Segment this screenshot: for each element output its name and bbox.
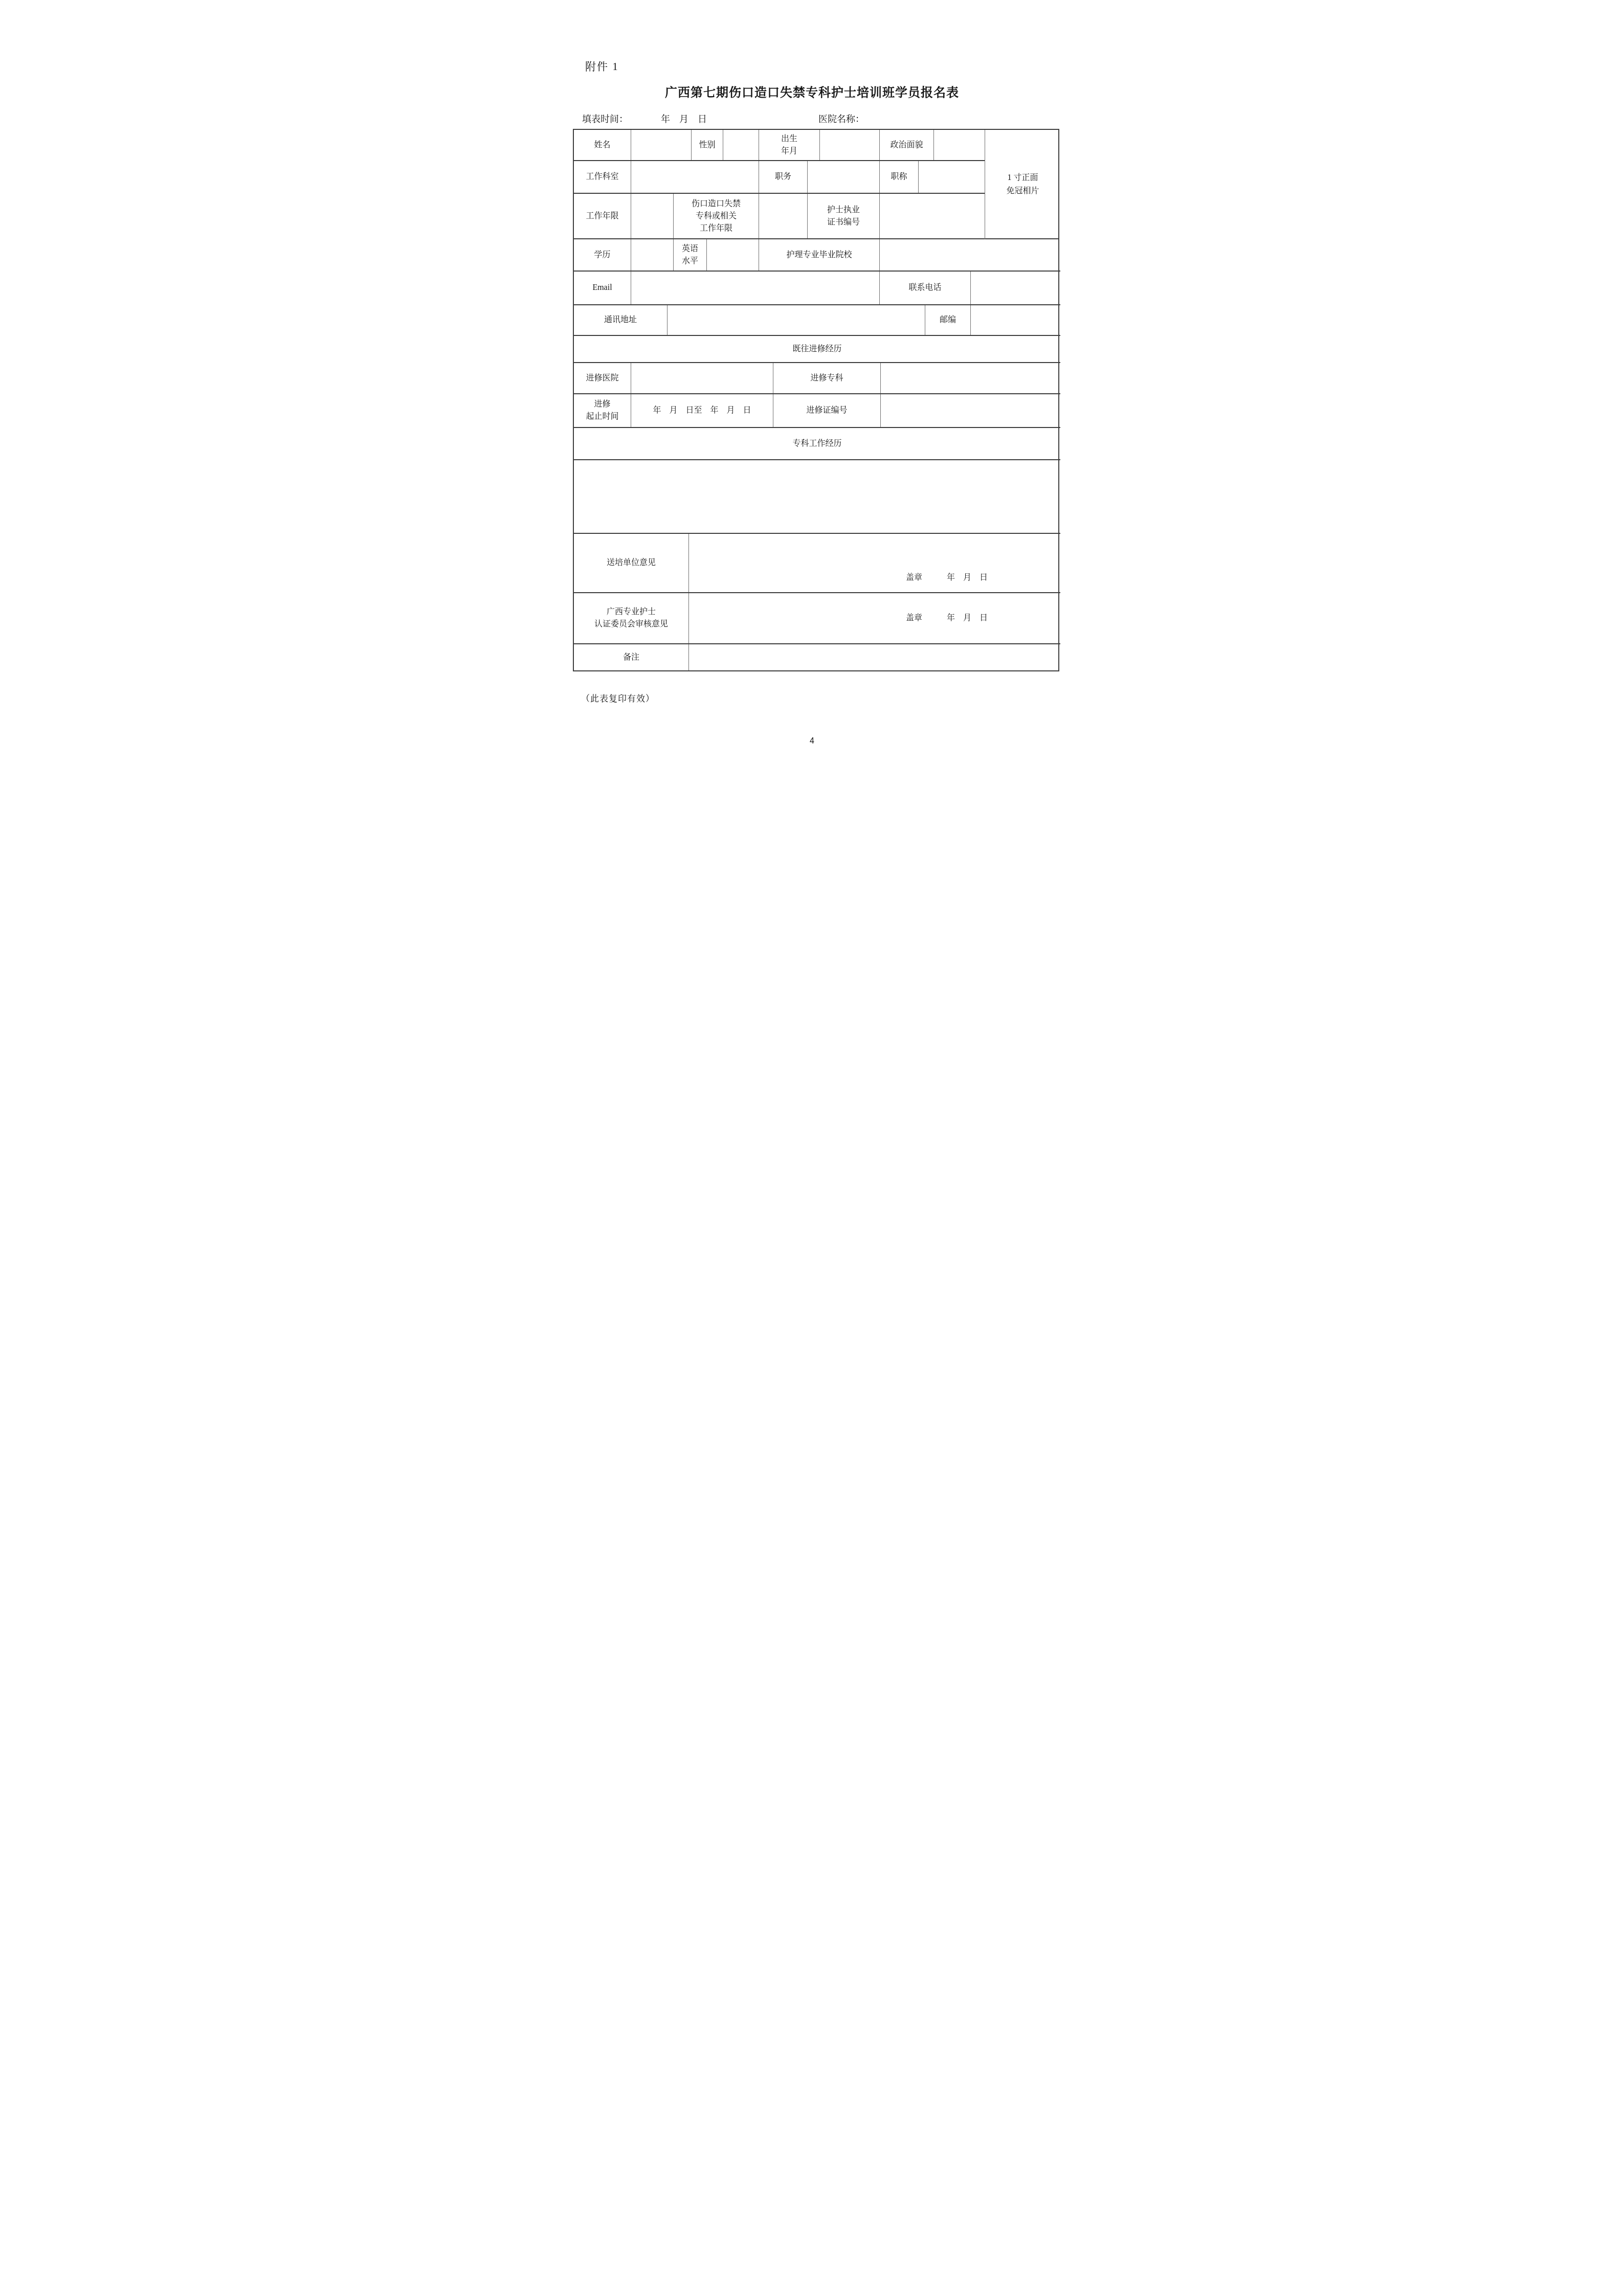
political-status-label: 政治面貌 <box>880 130 934 160</box>
zip-value-cell <box>971 305 1060 335</box>
professional-title-label: 职称 <box>880 161 919 193</box>
email-value-cell <box>631 272 880 304</box>
row-address: 通讯地址 邮编 <box>574 305 1060 336</box>
row-remarks: 备注 <box>574 644 1060 670</box>
document-page: { "page": { "attachment_label": "附件 1", … <box>528 0 1096 804</box>
form-time-label: 填表时间： <box>582 112 628 125</box>
study-hospital-value-cell <box>631 363 773 393</box>
row-specialty-experience-content <box>574 460 1060 534</box>
row-study-period: 进修 起止时间 年 月 日至 年 月 日 进修证编号 <box>574 394 1060 428</box>
photo-placeholder-cell: 1 寸正面 免冠相片 <box>985 130 1060 239</box>
sending-unit-opinion-label: 送培单位意见 <box>574 534 689 592</box>
english-level-value-cell <box>707 239 759 271</box>
nurse-license-label: 护士执业 证书编号 <box>808 194 880 238</box>
duty-value-cell <box>808 161 880 193</box>
specialty-years-label: 伤口造口失禁 专科或相关 工作年限 <box>674 194 759 238</box>
sending-unit-stamp-line: 盖章 年 月 日 <box>906 572 988 584</box>
nursing-school-label: 护理专业毕业院校 <box>759 239 880 271</box>
sex-label: 性别 <box>692 130 723 160</box>
row-study-hospital: 进修医院 进修专科 <box>574 363 1060 394</box>
professional-title-value-cell <box>919 161 985 193</box>
hospital-name-label: 医院名称： <box>818 112 864 125</box>
birth-value-cell <box>820 130 880 160</box>
zip-label: 邮编 <box>925 305 971 335</box>
row-committee-review-opinion: 广西专业护士 认证委员会审核意见 盖章 年 月 日 <box>574 593 1060 644</box>
page-title: 广西第七期伤口造口失禁专科护士培训班学员报名表 <box>528 82 1096 100</box>
study-hospital-label: 进修医院 <box>574 363 631 393</box>
email-label: Email <box>574 272 631 304</box>
name-label: 姓名 <box>574 130 631 160</box>
work-years-value-cell <box>631 194 674 238</box>
study-cert-number-value-cell <box>881 394 1060 427</box>
study-period-value-cell: 年 月 日至 年 月 日 <box>631 394 773 427</box>
nursing-school-value-cell <box>880 239 1060 271</box>
committee-review-cell: 盖章 年 月 日 <box>689 593 1060 643</box>
nurse-license-value-cell <box>880 194 985 238</box>
row-work-years: 工作年限 伤口造口失禁 专科或相关 工作年限 护士执业 证书编号 <box>574 194 985 239</box>
row-department: 工作科室 职务 职称 <box>574 161 985 194</box>
study-cert-number-label: 进修证编号 <box>773 394 881 427</box>
education-label: 学历 <box>574 239 631 271</box>
birth-label: 出生 年月 <box>759 130 820 160</box>
registration-form-table: 姓名 性别 出生 年月 政治面貌 工作科室 职务 职称 工作年限 伤口造口失禁 … <box>573 129 1059 671</box>
phone-label: 联系电话 <box>880 272 971 304</box>
row-education: 学历 英语 水平 护理专业毕业院校 <box>574 239 1060 272</box>
row-sending-unit-opinion: 送培单位意见 盖章 年 月 日 <box>574 534 1060 593</box>
study-period-label: 进修 起止时间 <box>574 394 631 427</box>
study-specialty-label: 进修专科 <box>773 363 881 393</box>
row-study-history-header: 既往进修经历 <box>574 336 1060 363</box>
specialty-years-value-cell <box>759 194 808 238</box>
name-value-cell <box>631 130 692 160</box>
department-label: 工作科室 <box>574 161 631 193</box>
copy-valid-note: （此表复印有效） <box>581 691 655 704</box>
work-years-label: 工作年限 <box>574 194 631 238</box>
page-number: 4 <box>528 737 1096 746</box>
row-specialty-experience-header: 专科工作经历 <box>574 428 1060 460</box>
specialty-experience-content-cell <box>574 460 1060 533</box>
study-history-section-header: 既往进修经历 <box>574 336 1060 362</box>
attachment-label: 附件 1 <box>585 58 619 74</box>
education-value-cell <box>631 239 674 271</box>
committee-stamp-line: 盖章 年 月 日 <box>906 612 988 624</box>
remarks-value-cell <box>689 644 1060 670</box>
row-email: Email 联系电话 <box>574 272 1060 305</box>
department-value-cell <box>631 161 759 193</box>
sending-unit-opinion-cell: 盖章 年 月 日 <box>689 534 1060 592</box>
remarks-label: 备注 <box>574 644 689 670</box>
form-time-value: 年 月 日 <box>661 112 707 125</box>
rowgroup-personal-info: 姓名 性别 出生 年月 政治面貌 工作科室 职务 职称 工作年限 伤口造口失禁 … <box>574 130 1058 239</box>
address-value-cell <box>668 305 925 335</box>
specialty-experience-section-header: 专科工作经历 <box>574 428 1060 459</box>
phone-value-cell <box>971 272 1060 304</box>
row-name: 姓名 性别 出生 年月 政治面貌 <box>574 130 985 161</box>
duty-label: 职务 <box>759 161 808 193</box>
address-label: 通讯地址 <box>574 305 668 335</box>
english-level-label: 英语 水平 <box>674 239 707 271</box>
study-specialty-value-cell <box>881 363 1060 393</box>
political-status-value-cell <box>934 130 985 160</box>
form-header-line: 填表时间： 年 月 日 医院名称： <box>573 112 1059 125</box>
committee-review-label: 广西专业护士 认证委员会审核意见 <box>574 593 689 643</box>
sex-value-cell <box>723 130 759 160</box>
